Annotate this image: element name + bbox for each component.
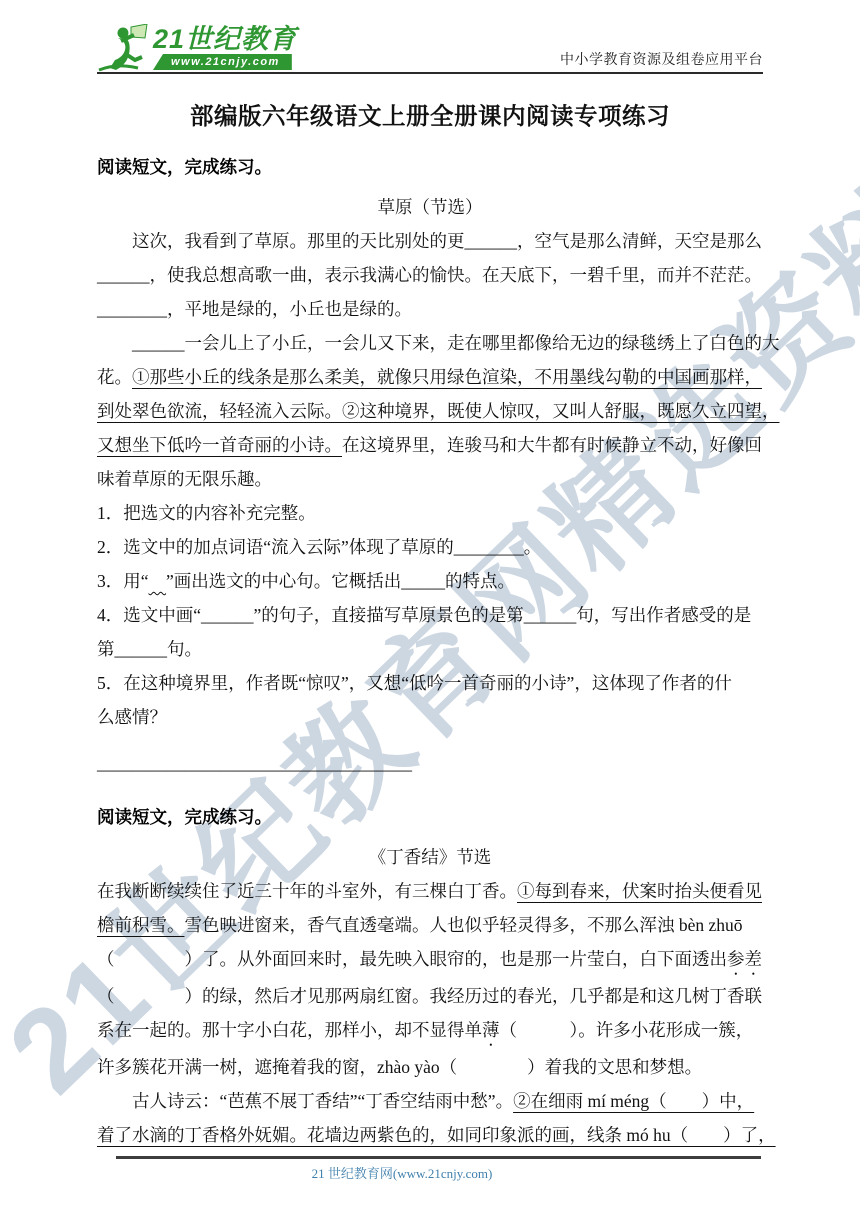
text-segment: 5．在这种境界里，作者既“惊叹”，又想“低吟一首奇丽的小诗”，这体现了作者的什: [97, 673, 732, 693]
text-segment: 2．选文中的加点词语“流入云际”体现了草原的________。: [97, 537, 541, 557]
reading-section: 阅读短文，完成练习。《丁香结》节选在我断断续续住了近三十年的斗室外，有三棵白丁香…: [97, 800, 763, 1152]
underlined-text: 到处翠色欲流，轻轻流入云际。②这种境界，既使人惊叹，又叫人舒服，既愿久立四望，: [97, 401, 780, 421]
text-line: 4．选文中画“______”的句子，直接描写草原景色的是第______句，写出作…: [97, 598, 763, 632]
text-line: 又想坐下低吟一首奇丽的小诗。在这境界里，连骏马和大牛都有时候静立不动，好像回: [97, 428, 763, 462]
text-line: 古人诗云：“芭蕉不展丁香结”“丁香空结雨中愁”。②在细雨 mí méng（ ）中…: [97, 1084, 763, 1118]
text-segment: ______，使我总想高歌一曲，表示我满心的愉快。在天底下，一碧千里，而并不茫茫…: [97, 265, 762, 285]
text-segment: 在我断断续续住了近三十年的斗室外，有三棵白丁香。: [97, 881, 517, 901]
text-segment: 3．用“: [97, 571, 149, 591]
underlined-text: 檐前积雪。: [97, 915, 185, 935]
document-body: 阅读短文，完成练习。草原（节选）这次，我看到了草原。那里的天比别处的更_____…: [97, 150, 763, 1152]
text-segment: 在这境界里，连骏马和大牛都有时候静立不动，好像回: [342, 435, 762, 455]
text-line: 在我断断续续住了近三十年的斗室外，有三棵白丁香。①每到春来，伏案时抬头便看见: [97, 874, 763, 908]
text-line: 2．选文中的加点词语“流入云际”体现了草原的________。: [97, 530, 763, 564]
text-segment: 古人诗云：“芭蕉不展丁香结”“丁香空结雨中愁”。: [132, 1091, 513, 1111]
doc-title: 部编版六年级语文上册全册课内阅读专项练习: [97, 100, 763, 134]
text-segment: 味着草原的无限乐趣。: [97, 469, 272, 489]
text-segment: 1．把选文的内容补充完整。: [97, 503, 316, 523]
text-segment: 系在一起的。那十字小白花，那样小，却不显得单: [97, 1020, 482, 1040]
text-line: ______，使我总想高歌一曲，表示我满心的愉快。在天底下，一碧千里，而并不茫茫…: [97, 258, 763, 292]
text-segment: 雪色映进窗来，香气直透毫端。人也似乎轻灵得多，不那么浑浊 bèn zhuō: [185, 915, 743, 935]
emphasis-dot-text: 薄: [482, 1020, 500, 1040]
passage-title: 草原（节选）: [97, 190, 763, 224]
text-segment: 这次，我看到了草原。那里的天比别处的更______，空气是那么清鲜，天空是那么: [132, 231, 762, 251]
logo-brand: 21世纪教育: [153, 24, 297, 54]
text-segment: ______一会儿上了小丘，一会儿又下来，走在哪里都像给无边的绿毯绣上了白色的大: [132, 333, 780, 353]
text-line: 系在一起的。那十字小白花，那样小，却不显得单薄（ ）。许多小花形成一簇，: [97, 1013, 763, 1050]
text-segment: （ ）。许多小花形成一簇，: [500, 1020, 754, 1040]
text-line: （ ）了。从外面回来时，最先映入眼帘的，也是那一片莹白，白下面透出参差: [97, 942, 763, 979]
worksheet-page: 21世纪教育网精选资料 21世纪教育 www.21cnjy.com 中小学教育资…: [0, 0, 860, 1216]
text-line: 5．在这种境界里，作者既“惊叹”，又想“低吟一首奇丽的小诗”，这体现了作者的什: [97, 666, 763, 700]
logo-text: 21世纪教育 www.21cnjy.com: [153, 24, 297, 70]
text-line: 第______句。: [97, 632, 763, 666]
text-segment: 花。: [97, 367, 132, 387]
text-line: 味着草原的无限乐趣。: [97, 462, 763, 496]
underlined-text: ①那些小丘的线条是那么柔美，就像只用绿色渲染，不用墨线勾勒的中国画那样，: [132, 367, 762, 387]
text-line: 到处翠色欲流，轻轻流入云际。②这种境界，既使人惊叹，又叫人舒服，既愿久立四望，: [97, 394, 763, 428]
text-line: 许多簇花开满一树，遮掩着我的窗，zhào yào（ ）着我的文思和梦想。: [97, 1050, 763, 1084]
text-line: 檐前积雪。雪色映进窗来，香气直透毫端。人也似乎轻灵得多，不那么浑浊 bèn zh…: [97, 908, 763, 942]
underlined-text: 又想坐下低吟一首奇丽的小诗。: [97, 435, 342, 455]
footer-divider: [116, 1156, 761, 1159]
passage-title: 《丁香结》节选: [97, 840, 763, 874]
text-line: ______一会儿上了小丘，一会儿又下来，走在哪里都像给无边的绿毯绣上了白色的大: [97, 326, 763, 360]
text-line: （ ）的绿，然后才见那两扇红窗。我经历过的春光，几乎都是和这几树丁香联: [97, 979, 763, 1013]
text-segment: （ ）的绿，然后才见那两扇红窗。我经历过的春光，几乎都是和这几树丁香联: [97, 986, 762, 1006]
text-segment: （ ）了。从外面回来时，最先映入眼帘的，也是那一片莹白，白下面透出: [97, 949, 727, 969]
text-line: ________，平地是绿的，小丘也是绿的。: [97, 292, 763, 326]
text-line: 1．把选文的内容补充完整。: [97, 496, 763, 530]
text-segment: 第______句。: [97, 639, 202, 659]
section-label: 阅读短文，完成练习。: [97, 800, 763, 834]
underlined-text: ①每到春来，伏案时抬头便看见: [517, 881, 762, 901]
logo: 21世纪教育 www.21cnjy.com: [97, 24, 297, 72]
text-line: 花。①那些小丘的线条是那么柔美，就像只用绿色渲染，不用墨线勾勒的中国画那样，: [97, 360, 763, 394]
runner-icon: [97, 24, 151, 72]
text-segment: 许多簇花开满一树，遮掩着我的窗，zhào yào（ ）着我的文思和梦想。: [97, 1057, 702, 1077]
text-segment: ____________________________________: [97, 753, 412, 773]
text-line: 这次，我看到了草原。那里的天比别处的更______，空气是那么清鲜，天空是那么: [97, 224, 763, 258]
footer-text: 21 世纪教育网(www.21cnjy.com): [0, 1163, 832, 1185]
wavy-line-blank: [149, 571, 167, 591]
text-segment: ________，平地是绿的，小丘也是绿的。: [97, 299, 412, 319]
spacer: [97, 734, 763, 746]
text-line: 么感情？: [97, 700, 763, 734]
logo-website: www.21cnjy.com: [153, 54, 292, 70]
reading-section: 阅读短文，完成练习。草原（节选）这次，我看到了草原。那里的天比别处的更_____…: [97, 150, 763, 780]
section-label: 阅读短文，完成练习。: [97, 150, 763, 184]
header: 21世纪教育 www.21cnjy.com 中小学教育资源及组卷应用平台: [97, 0, 763, 74]
text-line: 着了水滴的丁香格外妩媚。花墙边两紫色的，如同印象派的画，线条 mó hu（ ）了…: [97, 1118, 763, 1152]
text-segment: ”画出选文的中心句。它概括出_____的特点。: [166, 571, 515, 591]
platform-text: 中小学教育资源及组卷应用平台: [560, 49, 763, 69]
underlined-text: ②在细雨 mí méng（ ）中，: [513, 1091, 754, 1111]
text-line: ____________________________________: [97, 746, 763, 780]
emphasis-dot-text: 参差: [727, 949, 762, 969]
text-segment: 么感情？: [97, 707, 167, 727]
underlined-text: 着了水滴的丁香格外妩媚。花墙边两紫色的，如同印象派的画，线条 mó hu（ ）了…: [97, 1125, 776, 1145]
text-segment: 4．选文中画“______”的句子，直接描写草原景色的是第______句，写出作…: [97, 605, 751, 625]
text-line: 3．用“ ”画出选文的中心句。它概括出_____的特点。: [97, 564, 763, 598]
